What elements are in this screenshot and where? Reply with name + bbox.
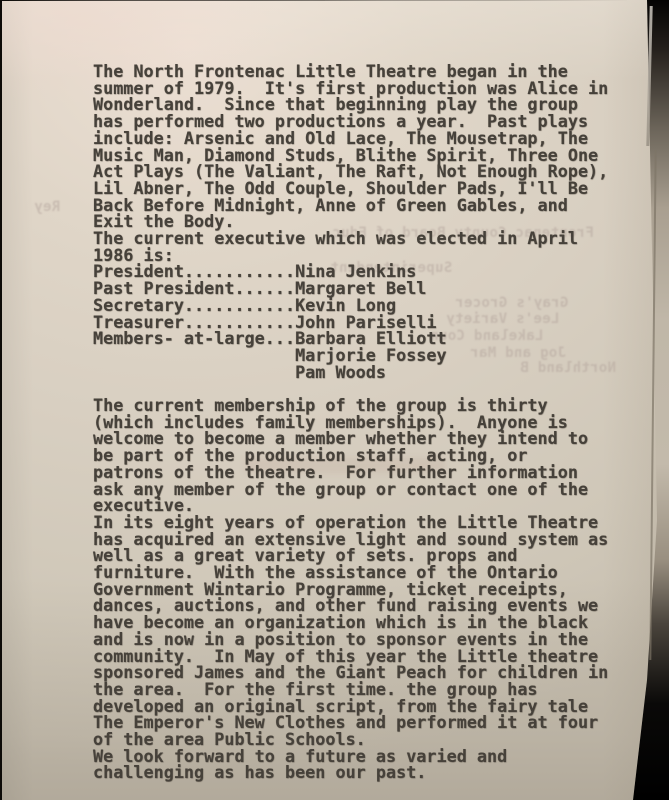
typewritten-paragraph-membership-and-future: The current membership of the group is t… bbox=[93, 397, 608, 781]
scanned-page: ReyFrontenac County Board of EducSuperin… bbox=[0, 0, 669, 800]
typewritten-paragraph-history-and-executive: The North Frontenac Little Theatre began… bbox=[93, 63, 608, 380]
bleed-through-text: Rey bbox=[34, 200, 60, 214]
photo-scan: ReyFrontenac County Board of EducSuperin… bbox=[0, 0, 669, 800]
